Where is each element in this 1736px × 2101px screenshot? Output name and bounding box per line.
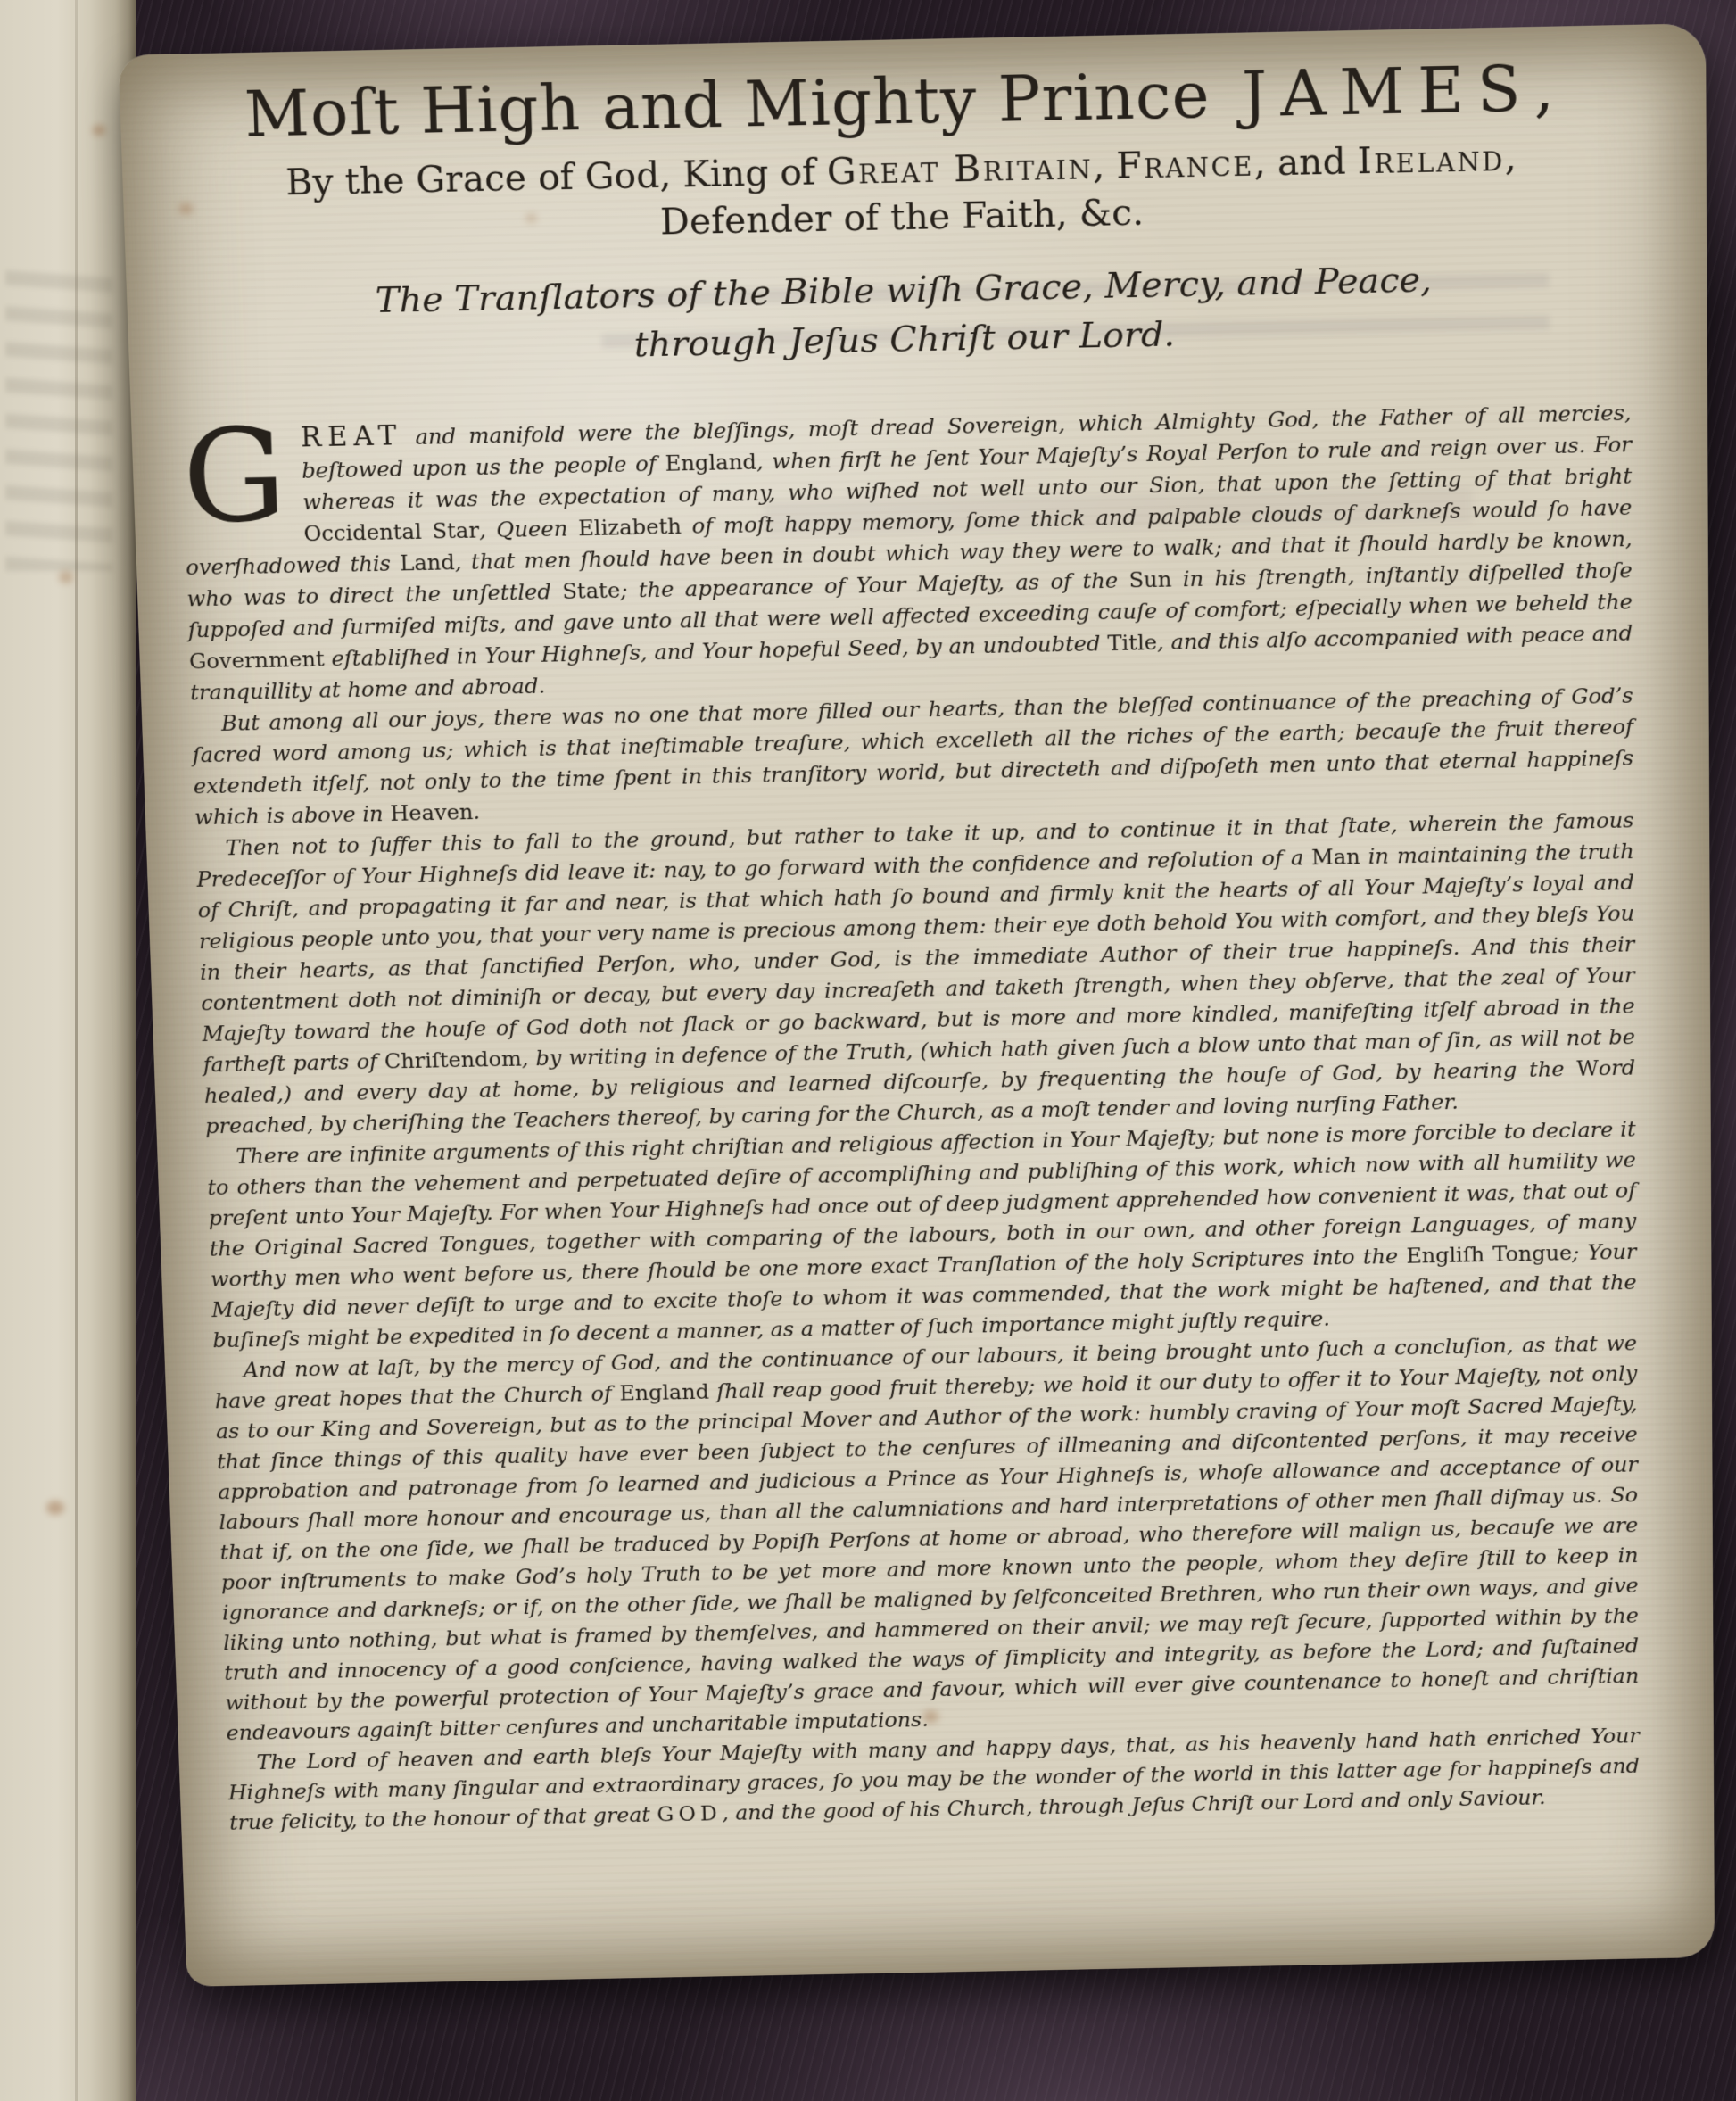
- dedication-title: Moſt High and Mighty Prince JAMES,: [169, 54, 1630, 151]
- paragraph-and-now-at-last: And now at laſt, by the mercy of God, an…: [213, 1328, 1640, 1749]
- realm-great-britain: Great Britain: [827, 145, 1094, 193]
- drop-cap-g: G: [181, 422, 303, 525]
- foxing-spot: [59, 571, 73, 583]
- epistle-body: GREAT and manifold were the bleſſings, m…: [181, 395, 1640, 1838]
- translators-salutation: The Tranſlators of the Bible wiſh Grace,…: [176, 251, 1631, 378]
- paragraph-great: GREAT and manifold were the bleſſings, m…: [181, 395, 1633, 708]
- paragraph-then-not: Then not to ſuffer this to fall to the g…: [195, 805, 1636, 1142]
- showthrough-marks: [5, 268, 112, 571]
- paragraph-text: and manifold were the bleſſings, moſt dr…: [186, 400, 1633, 705]
- style-line-text: , and: [1253, 139, 1358, 184]
- page-content: Moſt High and Mighty Prince JAMES, By th…: [118, 23, 1715, 1987]
- title-comma: ,: [1533, 52, 1555, 126]
- facing-page-edge: [0, 0, 136, 2101]
- title-text: Moſt High and Mighty Prince: [244, 58, 1232, 152]
- foxing-spot: [46, 1501, 64, 1515]
- title-royal-name: JAMES: [1230, 52, 1533, 131]
- realm-france: France: [1116, 142, 1254, 187]
- style-line-text: ,: [1093, 145, 1117, 187]
- foxing-spot: [93, 125, 105, 136]
- lead-word: REAT: [300, 420, 403, 454]
- photo-backdrop-velvet: Moſt High and Mighty Prince JAMES, By th…: [0, 0, 1736, 2101]
- paragraph-infinite-arguments: There are infinite arguments of this rig…: [206, 1114, 1637, 1356]
- style-line-text: By the Grace of God, King of: [285, 150, 828, 203]
- book-page: Moſt High and Mighty Prince JAMES, By th…: [118, 23, 1715, 1987]
- realm-ireland: Ireland: [1357, 136, 1505, 182]
- style-line-text: ,: [1505, 136, 1517, 179]
